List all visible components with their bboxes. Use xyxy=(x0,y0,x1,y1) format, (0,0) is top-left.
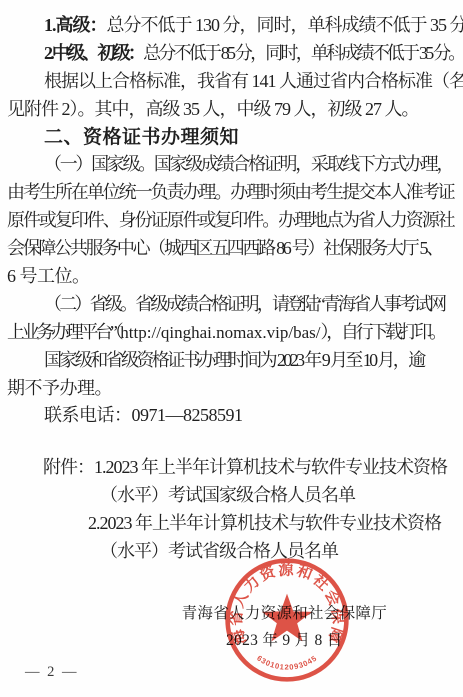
doc-line: 期不予办理。 xyxy=(7,375,457,403)
platform-url: http://qinghai.nomax.vip/bas/ xyxy=(120,323,320,342)
item2-text: 总分不低于 85 分，同时，单科成绩不低于 35 分。 xyxy=(143,43,463,63)
item2-lead: 2.中级、初级： xyxy=(44,43,143,63)
url-pre-text: 上业务办理平台”（ xyxy=(7,322,120,342)
attachment1-title-line1: 1.2023 年上半年计算机技术与软件专业技术资格 xyxy=(94,457,447,477)
section-heading: 二、资格证书办理须知 xyxy=(7,124,457,152)
attachments-label: 附件： xyxy=(43,457,94,477)
doc-line-item2: 2.中级、初级：总分不低于 85 分，同时，单科成绩不低于 35 分。 xyxy=(7,40,457,68)
attachment1-title-line2: （水平）考试国家级合格人员名单 xyxy=(7,481,457,509)
attachment2-title-line1: 2.2023 年上半年计算机技术与软件专业技术资格 xyxy=(7,509,457,537)
doc-line: （二）省级。省级成绩合格证明，请登陆“青海省人事考试网 xyxy=(7,291,457,319)
doc-line: 6 号工位。 xyxy=(7,263,457,291)
document-page: 1.高级：总分不低于 130 分，同时，单科成绩不低于 35 分； 2.中级、初… xyxy=(0,0,463,697)
doc-line: （一）国家级。国家级成绩合格证明，采取线下方式办理， xyxy=(7,151,457,179)
doc-line: 国家级和省级资格证书办理时间为 2023 年 9 月至 10 月，逾 xyxy=(7,347,457,375)
official-seal: 青海省人力资源和社会保障厅 6301012093045 xyxy=(221,554,353,686)
attachments-block: 附件：1.2023 年上半年计算机技术与软件专业技术资格 （水平）考试国家级合格… xyxy=(7,453,457,565)
seal-arc-text: 青海省人力资源和社会保障厅 xyxy=(221,554,347,647)
page-number: — 2 — xyxy=(25,664,79,681)
doc-line: 根据以上合格标准，我省有 141 人通过省内合格标准（名单 xyxy=(7,68,457,96)
seal-star-icon xyxy=(262,594,312,642)
document-body: 1.高级：总分不低于 130 分，同时，单科成绩不低于 35 分； 2.中级、初… xyxy=(0,0,463,565)
doc-line: 会保障公共服务中心（城西区五四西路 86 号）社保服务大厅 5、 xyxy=(7,235,457,263)
doc-line: 由考生所在单位统一负责办理。办理时须由考生提交本人准考证 xyxy=(7,179,457,207)
attachment-line-1: 附件：1.2023 年上半年计算机技术与软件专业技术资格 xyxy=(7,453,457,481)
url-post-text: ），自行下载打印。 xyxy=(321,322,444,342)
doc-line: 原件或复印件、身份证原件或复印件。办理地点为省人力资源社 xyxy=(7,207,457,235)
seal-serial: 6301012093045 xyxy=(255,654,319,672)
doc-line-item1: 1.高级：总分不低于 130 分，同时，单科成绩不低于 35 分； xyxy=(7,12,457,40)
doc-line: 见附件 2）。其中，高级 35 人，中级 79 人，初级 27 人。 xyxy=(7,96,457,124)
item1-text: 总分不低于 130 分，同时，单科成绩不低于 35 分； xyxy=(107,15,463,35)
svg-text:青海省人力资源和社会保障厅: 青海省人力资源和社会保障厅 xyxy=(221,554,347,647)
svg-text:6301012093045: 6301012093045 xyxy=(255,654,319,672)
doc-line-url: 上业务办理平台”（http://qinghai.nomax.vip/bas/），… xyxy=(7,319,457,347)
contact-phone-line: 联系电话：0971—8258591 xyxy=(7,402,457,430)
item1-lead: 1.高级： xyxy=(44,15,107,35)
